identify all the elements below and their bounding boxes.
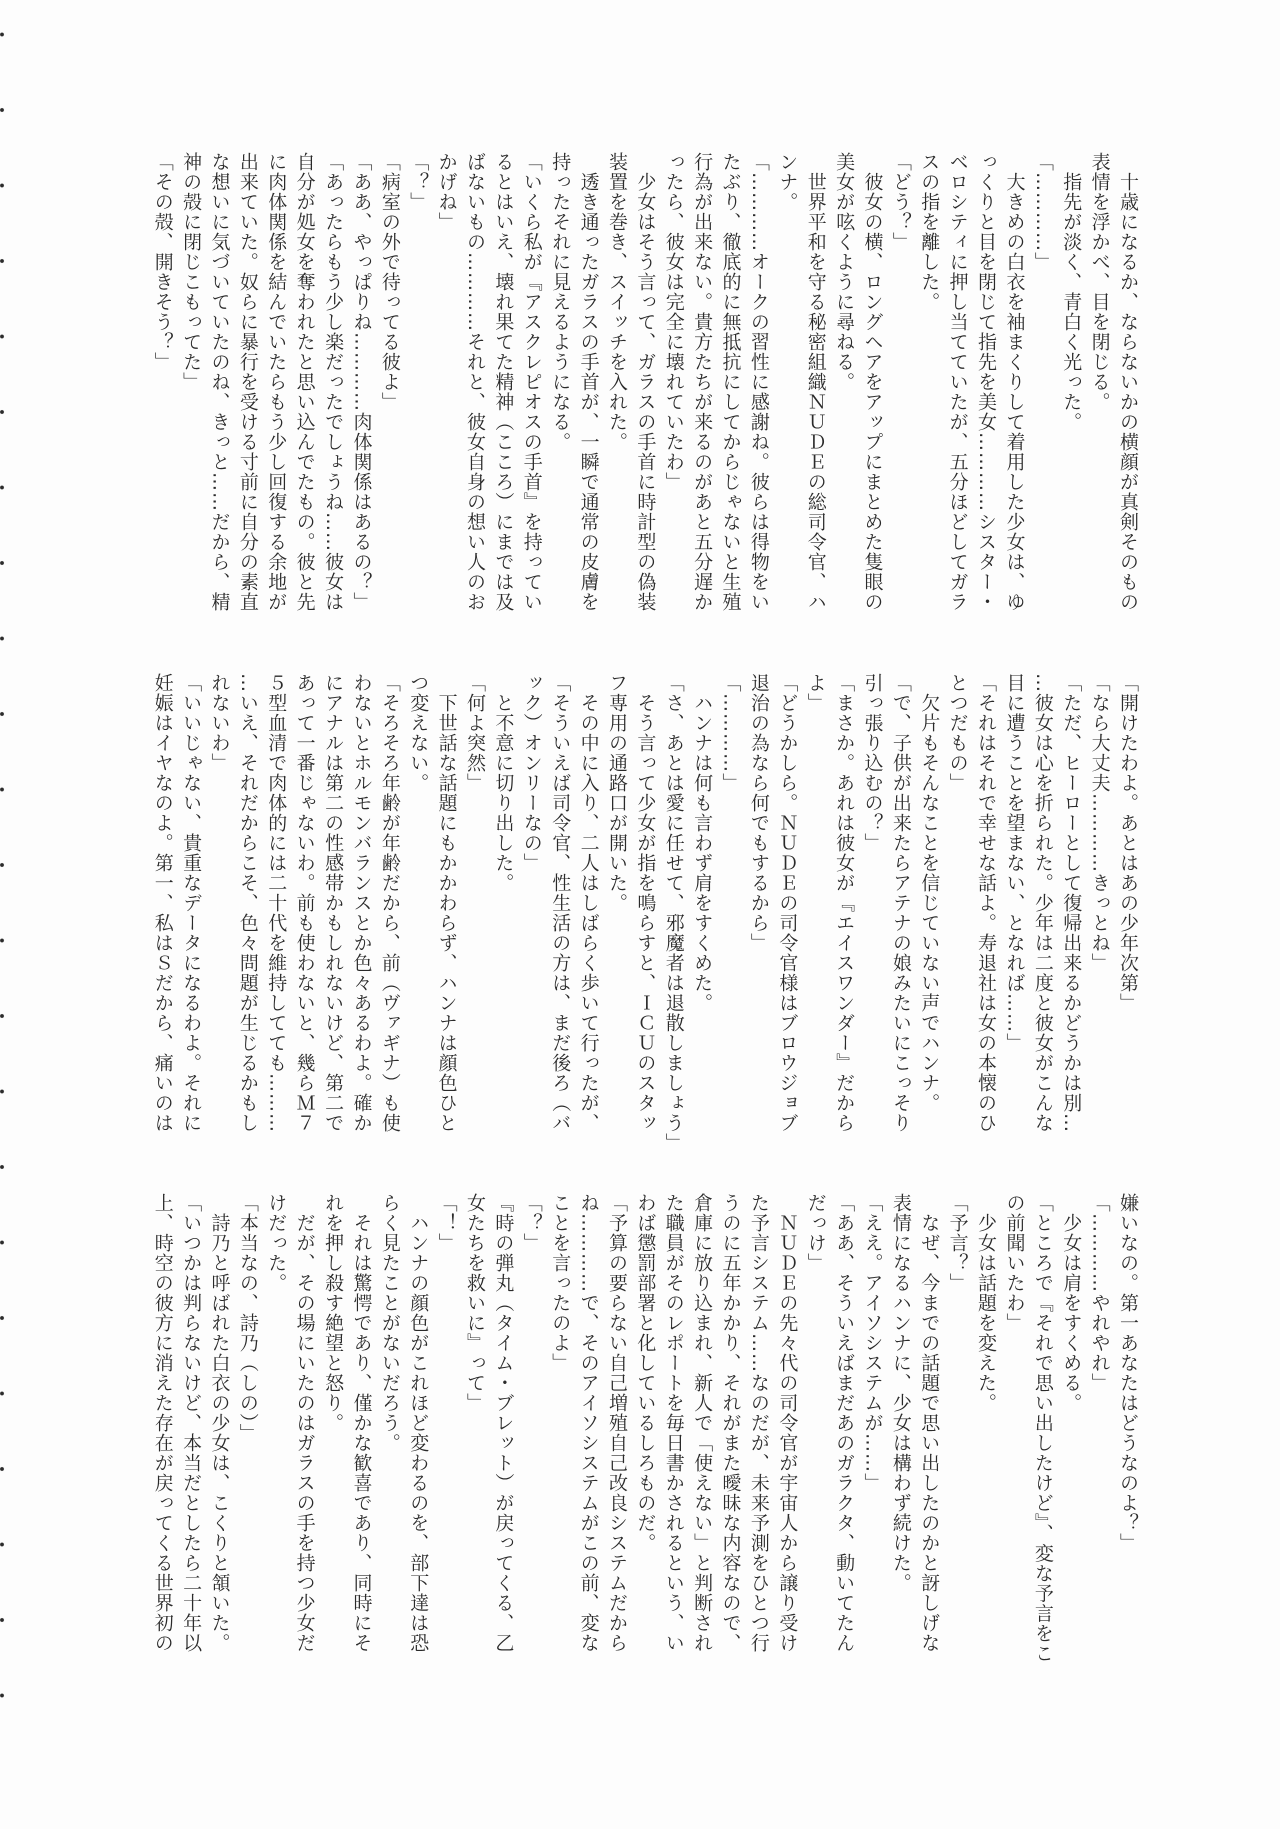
text-column: よ」: [801, 673, 829, 1133]
text-column: 欠片もそんなことを信じていない声でハンナ。: [915, 673, 943, 1133]
text-column: ＮＵＤＥの先々代の司令官が宇宙人から譲り受け: [773, 1193, 801, 1653]
text-column: 「…………」: [1028, 152, 1056, 612]
text-column: 透き通ったガラスの手首が、一瞬で通常の皮膚を: [574, 152, 602, 612]
text-column: 指先が淡く、青白く光った。: [1057, 152, 1085, 612]
text-column: 大きめの白衣を袖まくりして着用した少女は、ゆ: [1000, 152, 1028, 612]
text-column: とつだもの」: [943, 673, 971, 1133]
text-column: 自分が処女を奪われたと思い込んでたもの。彼と先: [290, 152, 318, 612]
text-column: 倉庫に放り込まれ、新人で「使えない」と判断され: [688, 1193, 716, 1653]
text-column: にアナルは第二の性感帯かもしれないけど、第二で: [319, 673, 347, 1133]
text-column: 「…………オークの習性に感謝ね。彼らは得物をい: [745, 152, 773, 612]
binding-margin-dots: [0, 30, 5, 1720]
text-column: ことを言ったのよ」: [546, 1193, 574, 1653]
text-column: うのに五年かかり、それがまた曖昧な内容なので、: [716, 1193, 744, 1653]
text-column: 「予言？」: [943, 1193, 971, 1653]
text-column: 詩乃と呼ばれた白衣の少女は、こくりと頷いた。: [205, 1193, 233, 1653]
text-column: ばないもの…………それと、彼女自身の想い人のお: [461, 152, 489, 612]
text-column: 表情を浮かべ、目を閉じる。: [1085, 152, 1113, 612]
text-column: 『時の弾丸（タイム・ブレット）が戻ってくる、乙: [489, 1193, 517, 1653]
text-column: るとはいえ、壊れ果てた精神（こころ）にまでは及: [489, 152, 517, 612]
text-column: 神の殻に閉じこもってた」: [177, 152, 205, 612]
text-column: 「？」: [404, 152, 432, 612]
text-column: 「！」: [432, 1193, 460, 1653]
text-column: わないとホルモンバランスとか色々あるわよ。確か: [347, 673, 375, 1133]
text-column: 「なら大丈夫…………きっとね」: [1085, 673, 1113, 1133]
text-column: それは驚愕であり、僅かな歓喜であり、同時にそ: [347, 1193, 375, 1653]
text-column: 「予算の要らない自己増殖自己改良システムだから: [603, 1193, 631, 1653]
text-column: 装置を巻き、スイッチを入れた。: [603, 152, 631, 612]
text-column: 「ああ、そういえばまだあのガラクタ、動いてたん: [830, 1193, 858, 1653]
text-column: 下世話な話題にもかかわらず、ハンナは顔色ひと: [432, 673, 460, 1133]
text-column: らく見たことがないだろう。: [375, 1193, 403, 1653]
text-column: 退治の為なら何でもするから」: [745, 673, 773, 1133]
text-column: と不意に切り出した。: [489, 673, 517, 1133]
text-column: ハンナの顔色がこれほど変わるのを、部下達は恐: [404, 1193, 432, 1653]
text-column: 「…………やれやれ」: [1085, 1193, 1113, 1653]
text-column: 「いくら私が『アスクレピオスの手首』を持ってい: [517, 152, 545, 612]
text-column: …彼女は心を折られた。少年は二度と彼女がこんな: [1028, 673, 1056, 1133]
text-column: 「どう？」: [886, 152, 914, 612]
text-column: 少女は話題を変えた。: [972, 1193, 1000, 1653]
text-column: 「ただ、ヒーローとして復帰出来るかどうかは別…: [1057, 673, 1085, 1133]
text-column: の前聞いたわ」: [1000, 1193, 1028, 1653]
text-column: だっけ」: [801, 1193, 829, 1653]
text-column: 持ったそれに見えるようになる。: [546, 152, 574, 612]
text-block-middle: 「開けたわよ。あとはあの少年次第」 「なら大丈夫…………きっとね」 「ただ、ヒー…: [148, 673, 1142, 1133]
text-column: れないわ」: [205, 673, 233, 1133]
text-column: ね…………で、そのアイソシステムがこの前、変な: [574, 1193, 602, 1653]
text-column: ック）オンリーなの」: [517, 673, 545, 1133]
text-column: 「いいじゃない、貴重なデータになるわよ。それに: [177, 673, 205, 1133]
text-column: ハンナは何も言わず肩をすくめた。: [688, 673, 716, 1133]
text-column: 行為が出来ない。貴方たちが来るのがあと五分遅か: [688, 152, 716, 612]
text-column: 「それはそれで幸せな話よ。寿退社は女の本懐のひ: [972, 673, 1000, 1133]
text-column: 「まさか。あれは彼女が『エイスワンダー』だから: [830, 673, 858, 1133]
text-column: 目に遭うことを望まない、となれば……」: [1000, 673, 1028, 1133]
text-column: 「…………」: [716, 673, 744, 1133]
text-column: 「ああ、やっぱりね…………肉体関係はあるの？」: [347, 152, 375, 612]
text-column: 「ええ。アイソシステムが……」: [858, 1193, 886, 1653]
text-column: 「開けたわよ。あとはあの少年次第」: [1114, 673, 1142, 1133]
text-column: 「そういえば司令官、性生活の方は、まだ後ろ（バ: [546, 673, 574, 1133]
text-column: 美女が呟くように尋ねる。: [830, 152, 858, 612]
text-column: に肉体関係を結んでいたらもう少し回復する余地が: [262, 152, 290, 612]
text-column: つ変えない。: [404, 673, 432, 1133]
text-column: ったら、彼女は完全に壊れていたわ」: [659, 152, 687, 612]
text-column: だが、その場にいたのはガラスの手を持つ少女だ: [290, 1193, 318, 1653]
text-column: 「あったらもう少し楽だったでしょうね……彼女は: [319, 152, 347, 612]
text-column: 彼女の横、ロングヘアをアップにまとめた隻眼の: [858, 152, 886, 612]
text-column: スの指を離した。: [915, 152, 943, 612]
text-column: 女たちを救いに』って」: [461, 1193, 489, 1653]
text-column: ンナ。: [773, 152, 801, 612]
text-column: けだった。: [262, 1193, 290, 1653]
text-column: 出来ていた。奴らに暴行を受ける寸前に自分の素直: [234, 152, 262, 612]
text-column: 表情になるハンナに、少女は構わず続けた。: [886, 1193, 914, 1653]
text-column: そう言って少女が指を鳴らすと、ＩＣＵのスタッ: [631, 673, 659, 1133]
text-column: 「その殻、開きそう？」: [148, 152, 176, 612]
text-column: れを押し殺す絶望と怒り。: [319, 1193, 347, 1653]
text-column: たぶり、徹底的に無抵抗にしてからじゃないと生殖: [716, 152, 744, 612]
text-column: た予言システム……なのだが、未来予測をひとつ行: [745, 1193, 773, 1653]
text-column: 「で、子供が出来たらアテナの娘みたいにこっそり: [886, 673, 914, 1133]
text-column: 世界平和を守る秘密組織ＮＵＤＥの総司令官、ハ: [801, 152, 829, 612]
text-column: 「そろそろ年齢が年齢だから、前（ヴァギナ）も使: [375, 673, 403, 1133]
text-column: 「？」: [517, 1193, 545, 1653]
text-column: 嫌いなの。第一あなたはどうなのよ？」: [1114, 1193, 1142, 1653]
text-column: その中に入り、二人はしばらく歩いて行ったが、: [574, 673, 602, 1133]
text-column: かげね」: [432, 152, 460, 612]
text-column: 「どうかしら。ＮＵＤＥの司令官様はブロウジョブ: [773, 673, 801, 1133]
text-column: 「何よ突然」: [461, 673, 489, 1133]
text-column: 「病室の外で待ってる彼よ」: [375, 152, 403, 612]
text-column: なぜ、今までの話題で思い出したのかと訝しげな: [915, 1193, 943, 1653]
text-block-bottom: 嫌いなの。第一あなたはどうなのよ？」 「…………やれやれ」 少女は肩をすくめる。…: [148, 1193, 1142, 1653]
text-column: 「いつかは判らないけど、本当だとしたら二十年以: [177, 1193, 205, 1653]
text-column: 「さ、あとは愛に任せて、邪魔者は退散しましょう」: [659, 673, 687, 1133]
text-column: 少女はそう言って、ガラスの手首に時計型の偽装: [631, 152, 659, 612]
text-block-top: 十歳になるか、ならないかの横顔が真剣そのもの 表情を浮かべ、目を閉じる。 指先が…: [148, 152, 1142, 612]
text-column: ５型血清で肉体的には二十代を維持してても………: [262, 673, 290, 1133]
text-column: 上、時空の彼方に消えた存在が戻ってくる世界初の: [148, 1193, 176, 1653]
text-column: …いえ、それだからこそ、色々問題が生じるかもし: [234, 673, 262, 1133]
text-column: 妊娠はイヤなのよ。第一、私はＳだから、痛いのは: [148, 673, 176, 1133]
text-column: 十歳になるか、ならないかの横顔が真剣そのもの: [1114, 152, 1142, 612]
text-column: 「本当なの、詩乃（しの）」: [234, 1193, 262, 1653]
text-column: っくりと目を閉じて指先を美女…………シスター・: [972, 152, 1000, 612]
text-column: 引っ張り込むの？」: [858, 673, 886, 1133]
text-column: 少女は肩をすくめる。: [1057, 1193, 1085, 1653]
text-column: ベロシティに押し当てていたが、五分ほどしてガラ: [943, 152, 971, 612]
text-column: た職員がそのレポートを毎日書かされるという、い: [659, 1193, 687, 1653]
text-column: あって一番じゃないわ。前も使わないと、幾らＭ７: [290, 673, 318, 1133]
document-page: 十歳になるか、ならないかの横顔が真剣そのもの 表情を浮かべ、目を閉じる。 指先が…: [0, 0, 1280, 1829]
text-column: 「ところで『それで思い出したけど』、変な予言をこ: [1028, 1193, 1056, 1653]
text-column: わば懲罰部署と化しているしろものだ。: [631, 1193, 659, 1653]
text-column: な想いに気づいていたのね、きっと……だから、精: [205, 152, 233, 612]
text-column: フ専用の通路口が開いた。: [603, 673, 631, 1133]
